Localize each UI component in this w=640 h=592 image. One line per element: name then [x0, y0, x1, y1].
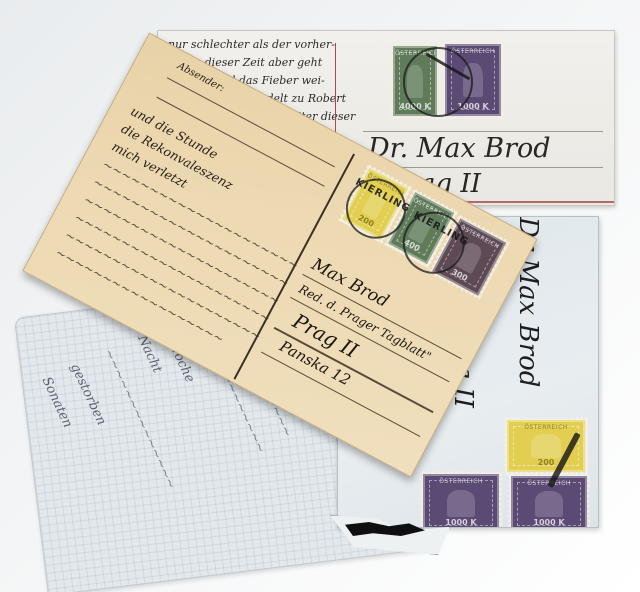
stamp-face: ÖSTERREICH 1000 K — [423, 474, 499, 528]
stamp: ÖSTERREICH 200 — [504, 417, 588, 475]
postmark — [403, 47, 473, 117]
recipient-name: Dr. Max Brod — [368, 135, 551, 162]
letter-text: ~~~~~~~~~~~~~~ — [101, 347, 179, 492]
stamp-country: ÖSTERREICH — [425, 478, 497, 485]
stamp-value: 200 — [509, 458, 583, 467]
address-rule — [363, 131, 603, 132]
stamp: ÖSTERREICH 1000 K — [420, 471, 502, 528]
message-line: nur schlechter als der vorher- — [168, 39, 335, 50]
stamp-country: ÖSTERREICH — [509, 424, 583, 431]
document-collage: Nacht Woche gestorben Sonaten ~~~~~~~~~~… — [0, 0, 640, 592]
letter-text: gestorben — [67, 361, 109, 427]
letter-text: Sonaten — [39, 375, 75, 430]
stamp-value: 1000 K — [425, 518, 497, 527]
stamp-value: 1000 K — [513, 518, 585, 527]
